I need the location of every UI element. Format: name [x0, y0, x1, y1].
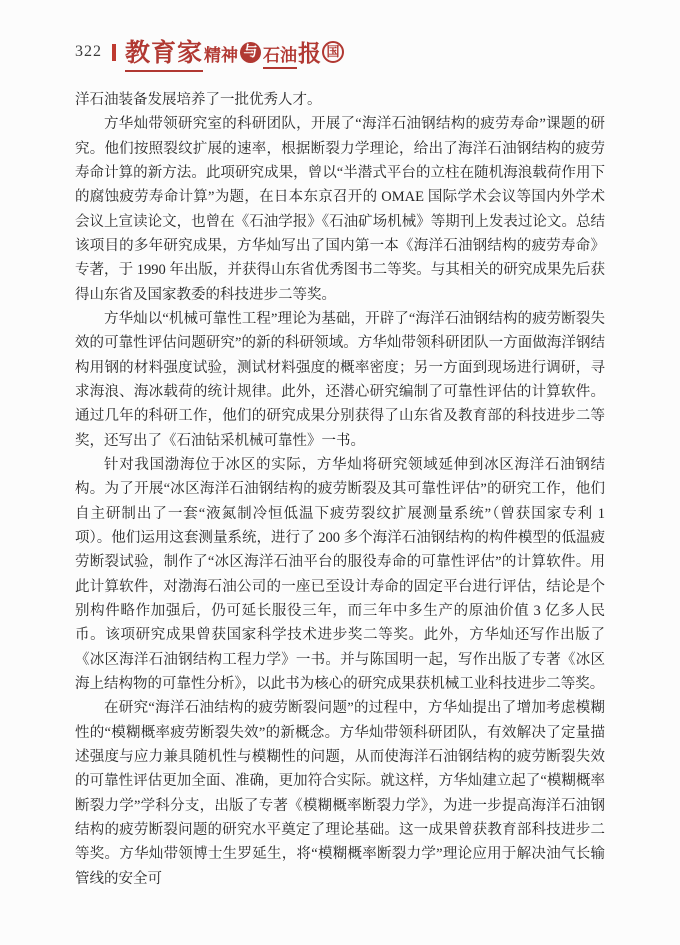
logo-text-oil: 石油 — [263, 41, 297, 69]
logo-text-educator: 教育家 — [125, 33, 203, 72]
paragraph: 在研究“海洋石油结构的疲劳断裂问题”的过程中，方华灿提出了增加考虑模糊性的“模糊… — [75, 696, 605, 891]
book-page: 322 教育家 精神 与 石油 报 国 洋石油装备发展培养了一批优秀人才。 方华… — [0, 0, 680, 945]
page-number: 322 — [75, 43, 102, 61]
logo-text-serve: 报 — [298, 35, 321, 68]
logo-and-badge: 与 — [240, 42, 261, 63]
paragraph-continuation: 洋石油装备发展培养了一批优秀人才。 — [75, 88, 605, 112]
series-title-logo: 教育家 精神 与 石油 报 国 — [125, 33, 344, 72]
logo-country-seal: 国 — [322, 41, 344, 63]
page-body-text: 洋石油装备发展培养了一批优秀人才。 方华灿带领研究室的科研团队，开展了“海洋石油… — [75, 88, 605, 891]
paragraph: 方华灿以“机械可靠性工程”理论为基础，开辟了“海洋石油钢结构的疲劳断裂失效的可靠… — [75, 307, 605, 453]
paragraph: 方华灿带领研究室的科研团队，开展了“海洋石油钢结构的疲劳寿命”课题的研究。他们按… — [75, 112, 605, 307]
logo-text-spirit: 精神 — [204, 41, 238, 66]
page-header: 322 教育家 精神 与 石油 报 国 — [75, 32, 344, 72]
paragraph: 针对我国渤海位于冰区的实际，方华灿将研究领域延伸到冰区海洋石油钢结构。为了开展“… — [75, 453, 605, 696]
header-divider-bar — [112, 44, 116, 61]
